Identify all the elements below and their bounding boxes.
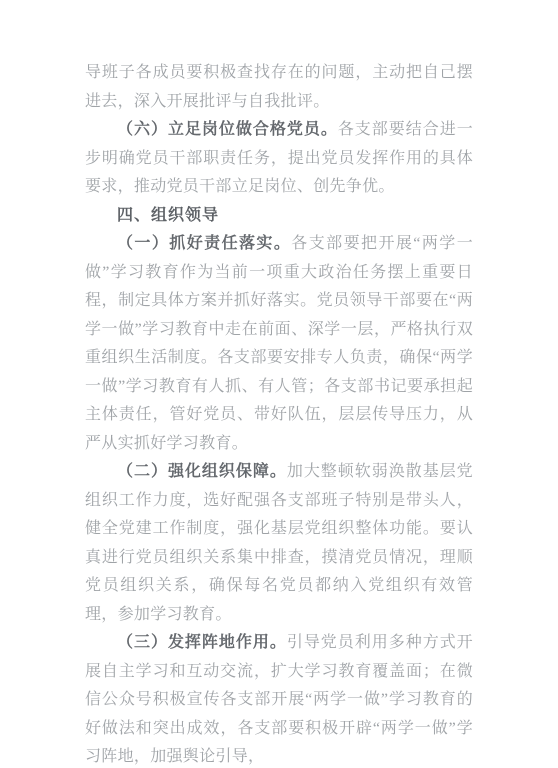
paragraph-lead: （六）立足岗位做合格党员。: [117, 121, 338, 138]
section-heading-four: 四、组织领导: [85, 202, 473, 231]
paragraph-lead: （三）发挥阵地作用。: [117, 634, 287, 651]
paragraph-body: 加大整顿软弱涣散基层党组织工作力度，选好配强各支部班子特别是带头人，健全党建工作…: [85, 463, 473, 623]
section-heading-text: 四、组织领导: [117, 207, 219, 224]
paragraph-item-three: （三）发挥阵地作用。引导党员利用多种方式开展自主学习和互动交流，扩大学习教育覆盖…: [85, 629, 473, 768]
paragraph-item-six: （六）立足岗位做合格党员。各支部要结合进一步明确党员干部职责任务，提出党员发挥作…: [85, 116, 473, 202]
paragraph-lead: （一）抓好责任落实。: [117, 235, 291, 252]
document-text-block: 导班子各成员要积极查找存在的问题，主动把自己摆进去，深入开展批评与自我批评。 （…: [85, 59, 473, 768]
document-page: 导班子各成员要积极查找存在的问题，主动把自己摆进去，深入开展批评与自我批评。 （…: [0, 0, 558, 768]
paragraph-item-two: （二）强化组织保障。加大整顿软弱涣散基层党组织工作力度，选好配强各支部班子特别是…: [85, 458, 473, 629]
paragraph-lead: （二）强化组织保障。: [117, 463, 287, 480]
paragraph-continuation: 导班子各成员要积极查找存在的问题，主动把自己摆进去，深入开展批评与自我批评。: [85, 59, 473, 116]
paragraph-body: 导班子各成员要积极查找存在的问题，主动把自己摆进去，深入开展批评与自我批评。: [85, 64, 473, 110]
paragraph-item-one: （一）抓好责任落实。各支部要把开展“两学一做”学习教育作为当前一项重大政治任务摆…: [85, 230, 473, 458]
screenshot-canvas: 导班子各成员要积极查找存在的问题，主动把自己摆进去，深入开展批评与自我批评。 （…: [0, 0, 558, 768]
paragraph-body: 各支部要把开展“两学一做”学习教育作为当前一项重大政治任务摆上重要日程，制定具体…: [85, 235, 473, 452]
paragraph-body: 引导党员利用多种方式开展自主学习和互动交流，扩大学习教育覆盖面；在微信公众号积极…: [85, 634, 473, 765]
